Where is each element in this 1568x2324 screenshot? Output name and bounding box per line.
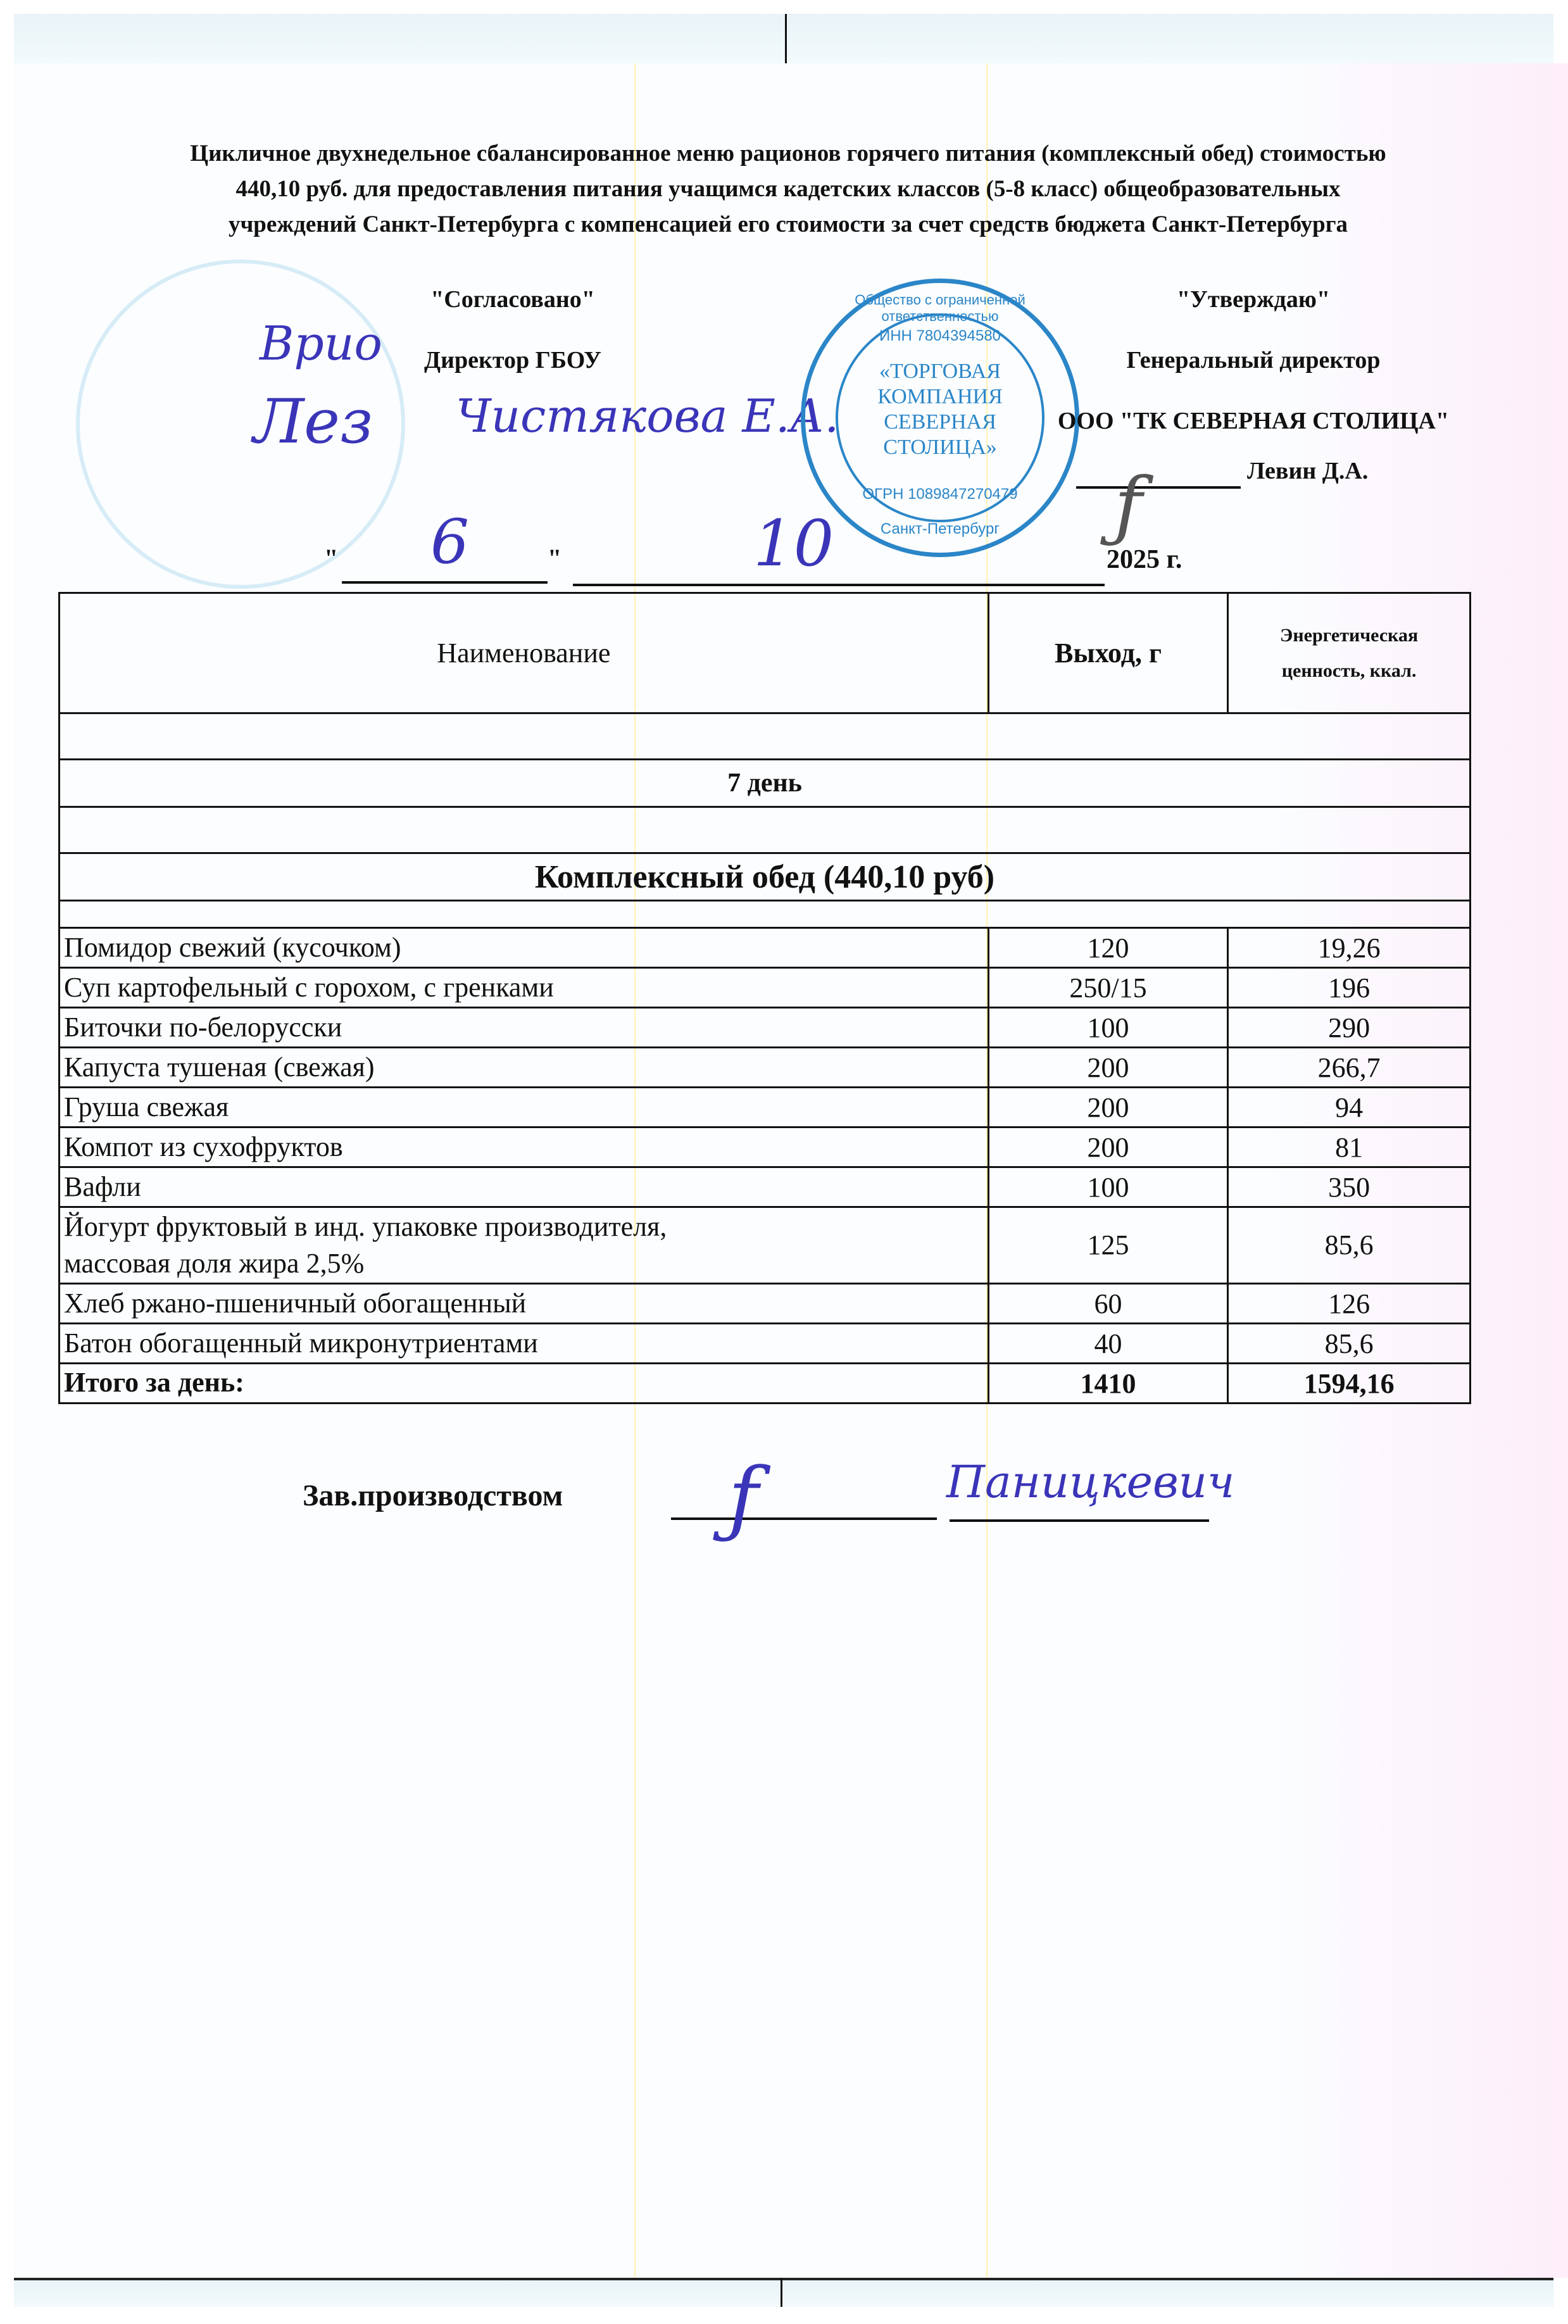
item-energy: 81 [1228, 1127, 1471, 1167]
handwritten-prefix: Врио [260, 317, 382, 371]
item-output: 100 [988, 1008, 1228, 1048]
day-label: 7 день [60, 760, 1471, 807]
date-close-quote: " [548, 543, 561, 573]
date-day-line [342, 581, 548, 584]
spacer-row [60, 901, 1471, 928]
approved-position: Генеральный директор [1013, 330, 1494, 391]
title-line: 440,10 руб. для предоставления питания у… [63, 172, 1513, 207]
table-row: Биточки по-белорусски 100 290 [60, 1008, 1471, 1048]
scan-edge-bottom [14, 2278, 1553, 2307]
table-row: Хлеб ржано-пшеничный обогащенный 60 126 [60, 1284, 1471, 1324]
total-row: Итого за день: 1410 1594,16 [60, 1364, 1471, 1404]
table-row: Компот из сухофруктов 200 81 [60, 1127, 1471, 1167]
production-head-name-line [950, 1519, 1209, 1522]
item-name: Суп картофельный с горохом, с гренками [60, 968, 989, 1008]
meal-label: Комплексный обед (440,10 руб) [60, 853, 1471, 901]
item-output: 125 [988, 1207, 1228, 1284]
header-energy-line: ценность, ккал. [1232, 653, 1465, 689]
item-output: 120 [988, 928, 1228, 968]
handwritten-name: Чистякова Е.А. [456, 389, 839, 443]
handwritten-signature: Лез [253, 386, 373, 457]
item-output: 40 [988, 1324, 1228, 1364]
item-output: 200 [988, 1048, 1228, 1088]
item-name: Вафли [60, 1167, 989, 1207]
table-row: Помидор свежий (кусочком) 120 19,26 [60, 928, 1471, 968]
approver-signature-line [1076, 486, 1241, 489]
approver-name: Левин Д.А. [1247, 457, 1368, 485]
date-month-line [573, 584, 1105, 586]
agreed-block: "Согласовано" Директор ГБОУ [380, 269, 646, 391]
table-row: Йогурт фруктовый в инд. упаковке произво… [60, 1207, 1471, 1284]
seal-ogrn: ОГРН 1089847270479 [805, 486, 1075, 503]
item-output: 200 [988, 1127, 1228, 1167]
item-energy: 85,6 [1228, 1324, 1471, 1364]
table-row: Батон обогащенный микронутриентами 40 85… [60, 1324, 1471, 1364]
total-output: 1410 [988, 1364, 1228, 1404]
spacer-cell [60, 713, 1471, 760]
table-row: Вафли 100 350 [60, 1167, 1471, 1207]
item-name: Биточки по-белорусски [60, 1008, 989, 1048]
agreed-position: Директор ГБОУ [380, 330, 646, 391]
scan-edge-top [14, 14, 1553, 63]
title-line: Цикличное двухнедельное сбалансированное… [63, 136, 1513, 172]
approved-company: ООО "ТК СЕВЕРНАЯ СТОЛИЦА" [1013, 391, 1494, 451]
date-year: 2025 г. [1107, 544, 1182, 575]
day-row: 7 день [60, 760, 1471, 807]
header-name: Наименование [60, 593, 989, 713]
item-name: Капуста тушеная (свежая) [60, 1048, 989, 1088]
item-output: 200 [988, 1088, 1228, 1127]
total-energy: 1594,16 [1228, 1364, 1471, 1404]
table-row: Груша свежая 200 94 [60, 1088, 1471, 1127]
item-energy: 350 [1228, 1167, 1471, 1207]
item-energy: 290 [1228, 1008, 1471, 1048]
item-energy: 126 [1228, 1284, 1471, 1324]
agreed-heading: "Согласовано" [380, 269, 646, 330]
item-energy: 19,26 [1228, 928, 1471, 968]
production-head-signature: ƒ [728, 1450, 758, 1546]
handwritten-month: 10 [753, 506, 834, 581]
item-energy: 85,6 [1228, 1207, 1471, 1284]
handwritten-day: 6 [430, 506, 469, 577]
item-name: Компот из сухофруктов [60, 1127, 989, 1167]
approved-block: "Утверждаю" Генеральный директор ООО "ТК… [1013, 269, 1494, 451]
date-open-quote: " [324, 543, 338, 573]
spacer-cell [60, 807, 1471, 853]
item-energy: 266,7 [1228, 1048, 1471, 1088]
approver-signature: ƒ [1114, 462, 1142, 550]
production-head-handwritten-name: Паницкевич [946, 1456, 1234, 1508]
title-line: учреждений Санкт-Петербурга с компенсаци… [63, 207, 1513, 242]
seal-city: Санкт-Петербург [805, 520, 1075, 538]
item-name: Батон обогащенный микронутриентами [60, 1324, 989, 1364]
item-output: 60 [988, 1284, 1228, 1324]
item-energy: 94 [1228, 1088, 1471, 1127]
spacer-cell [60, 901, 1471, 928]
item-output: 100 [988, 1167, 1228, 1207]
header-output: Выход, г [988, 593, 1228, 713]
document-title: Цикличное двухнедельное сбалансированное… [63, 136, 1513, 242]
item-energy: 196 [1228, 968, 1471, 1008]
item-name: Йогурт фруктовый в инд. упаковке произво… [60, 1207, 989, 1284]
table-header-row: Наименование Выход, г Энергетическая цен… [60, 593, 1471, 713]
header-energy-line: Энергетическая [1232, 618, 1465, 653]
spacer-row [60, 807, 1471, 853]
fold-mark-bottom [781, 2278, 782, 2307]
production-head-label: Зав.производством [303, 1478, 563, 1513]
item-name: Хлеб ржано-пшеничный обогащенный [60, 1284, 989, 1324]
spacer-row [60, 713, 1471, 760]
approved-heading: "Утверждаю" [1013, 269, 1494, 330]
item-name: Помидор свежий (кусочком) [60, 928, 989, 968]
table-row: Капуста тушеная (свежая) 200 266,7 [60, 1048, 1471, 1088]
header-energy: Энергетическая ценность, ккал. [1228, 593, 1471, 713]
item-output: 250/15 [988, 968, 1228, 1008]
menu-table: Наименование Выход, г Энергетическая цен… [58, 592, 1471, 1404]
meal-row: Комплексный обед (440,10 руб) [60, 853, 1471, 901]
item-name-line: Йогурт фруктовый в инд. упаковке произво… [64, 1209, 984, 1245]
item-name-line: массовая доля жира 2,5% [64, 1245, 984, 1282]
item-name: Груша свежая [60, 1088, 989, 1127]
total-label: Итого за день: [60, 1364, 989, 1404]
production-head-signature-line [671, 1517, 937, 1520]
fold-mark-top [785, 14, 787, 65]
table-row: Суп картофельный с горохом, с гренками 2… [60, 968, 1471, 1008]
